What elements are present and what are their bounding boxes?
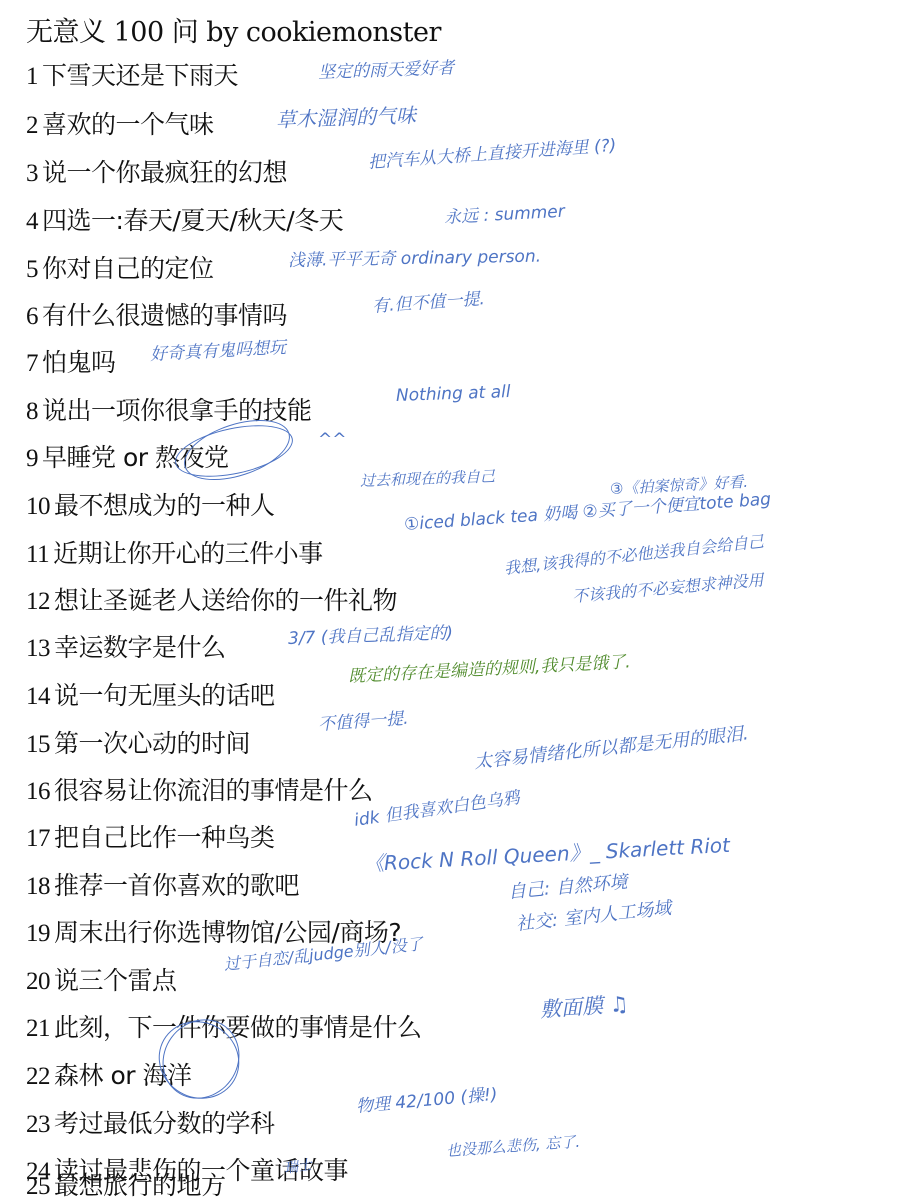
handwritten-answer-10: 过去和现在的我自己 [360, 465, 496, 491]
question-1: 1下雪天还是下雨天 [26, 56, 238, 92]
handwritten-answer-17: idk 但我喜欢白色乌鸦 [352, 783, 521, 831]
handwritten-answer-15: 不值得一提. [317, 704, 409, 735]
question-number: 18 [26, 873, 50, 900]
handwritten-answer-24: 也没那么悲伤, 忘了. [445, 1131, 580, 1161]
question-13: 13幸运数字是什么 [26, 628, 226, 664]
question-number: 8 [26, 398, 38, 425]
question-number: 4 [26, 208, 38, 235]
handwritten-answer-7: 好奇真有鬼吗想玩 [149, 333, 286, 365]
question-text: 你对自己的定位 [42, 254, 214, 283]
question-16: 16很容易让你流泪的事情是什么 [26, 771, 373, 807]
handwritten-answer-12-extra: 不该我的不必妄想求神没用 [571, 567, 764, 607]
question-3: 3说一个你最疯狂的幻想 [26, 153, 287, 189]
handwritten-answer-8: Nothing at all [396, 382, 511, 406]
question-5: 5你对自己的定位 [26, 249, 214, 285]
question-text: 此刻，下一件你要做的事情是什么 [54, 1013, 422, 1042]
handwritten-answer-13: 3/7 (我自己乱指定的) [288, 618, 454, 649]
question-6: 6有什么很遗憾的事情吗 [26, 296, 287, 332]
question-12: 12想让圣诞老人送给你的一件礼物 [26, 581, 397, 617]
question-11: 11近期让你开心的三件小事 [26, 534, 323, 570]
page-title: 无意义 100 问 by cookiemonster [26, 10, 441, 49]
question-text: 把自己比作一种鸟类 [54, 823, 275, 852]
question-number: 1 [26, 63, 38, 90]
question-text: 下雪天还是下雨天 [42, 61, 238, 90]
handwritten-answer-14: 既定的存在是编造的规则,我只是饿了. [347, 647, 631, 687]
question-number: 9 [26, 445, 38, 472]
question-text: 说一个你最疯狂的幻想 [42, 158, 287, 187]
question-text: 很容易让你流泪的事情是什么 [54, 776, 373, 805]
question-15: 15第一次心动的时间 [26, 724, 250, 760]
question-number: 13 [26, 635, 50, 662]
question-18: 18推荐一首你喜欢的歌吧 [26, 866, 299, 902]
question-number: 19 [26, 920, 50, 947]
question-17: 17把自己比作一种鸟类 [26, 818, 275, 854]
question-text-a: 早睡党 or [42, 443, 155, 472]
question-text: 最想旅行的地方 [54, 1171, 226, 1200]
question-number: 22 [26, 1063, 50, 1090]
question-number: 23 [26, 1111, 50, 1138]
question-number: 6 [26, 303, 38, 330]
question-text: 想让圣诞老人送给你的一件礼物 [54, 586, 397, 615]
question-text: 四选一:春天/夏天/秋天/冬天 [42, 206, 343, 235]
question-number: 7 [26, 350, 38, 377]
handwritten-answer-19: 自己: 自然环境 [507, 868, 629, 904]
question-number: 2 [26, 112, 38, 139]
question-number: 16 [26, 778, 50, 805]
question-text: 怕鬼吗 [42, 348, 116, 377]
question-25: 25最想旅行的地方 [26, 1166, 226, 1200]
handwritten-answer-18: 《Rock N Roll Queen》_ Skarlett Riot [363, 829, 730, 877]
handwritten-answer-23: 物理 42/100 (操!) [355, 1080, 498, 1117]
question-number: 20 [26, 968, 50, 995]
handwritten-answer-3: 把汽车从大桥上直接开进海里 (?) [367, 131, 617, 173]
question-text: 第一次心动的时间 [54, 729, 250, 758]
question-number: 21 [26, 1015, 50, 1042]
question-text: 推荐一首你喜欢的歌吧 [54, 871, 299, 900]
handwritten-answer-16: 太容易情绪化所以都是无用的眼泪. [473, 719, 750, 774]
question-14: 14说一句无厘头的话吧 [26, 676, 275, 712]
question-text-a: 森林 or [54, 1061, 142, 1090]
question-number: 3 [26, 160, 38, 187]
questionnaire-page: 无意义 100 问 by cookiemonster 1下雪天还是下雨天 坚定的… [0, 0, 906, 1200]
question-text: 说三个雷点 [54, 966, 177, 995]
handwritten-answer-5: 浅薄.平平无奇 ordinary person. [288, 242, 541, 271]
question-number: 14 [26, 683, 50, 710]
question-text: 说一句无厘头的话吧 [54, 681, 275, 710]
question-4: 4四选一:春天/夏天/秋天/冬天 [26, 201, 343, 237]
question-23: 23考过最低分数的学科 [26, 1104, 275, 1140]
question-number: 17 [26, 825, 50, 852]
question-number: 12 [26, 588, 50, 615]
question-text: 近期让你开心的三件小事 [53, 539, 323, 568]
handwritten-answer-2: 草木湿润的气味 [275, 99, 416, 133]
handwritten-answer-21: 敷面膜 ♫ [539, 988, 629, 1024]
question-number: 15 [26, 731, 50, 758]
question-text: 喜欢的一个气味 [42, 110, 214, 139]
handwritten-answer-1: 坚定的雨天爱好者 [318, 53, 455, 83]
question-2: 2喜欢的一个气味 [26, 105, 214, 141]
question-10: 10最不想成为的一种人 [26, 486, 275, 522]
question-text: 幸运数字是什么 [54, 633, 226, 662]
question-text: 考过最低分数的学科 [54, 1109, 275, 1138]
handwritten-answer-4: 永远 : summer [443, 197, 565, 228]
question-7: 7怕鬼吗 [26, 343, 116, 379]
question-20: 20说三个雷点 [26, 961, 177, 997]
handwritten-answer-9: ^^ [318, 430, 347, 450]
question-number: 11 [26, 541, 49, 568]
question-number: 10 [26, 493, 50, 520]
question-number: 5 [26, 256, 38, 283]
question-text: 最不想成为的一种人 [54, 491, 275, 520]
question-number: 25 [26, 1173, 50, 1200]
handwritten-answer-25: 瑞士 [283, 1154, 314, 1178]
handwritten-answer-6: 有.但不值一提. [371, 284, 485, 317]
question-text: 有什么很遗憾的事情吗 [42, 301, 287, 330]
